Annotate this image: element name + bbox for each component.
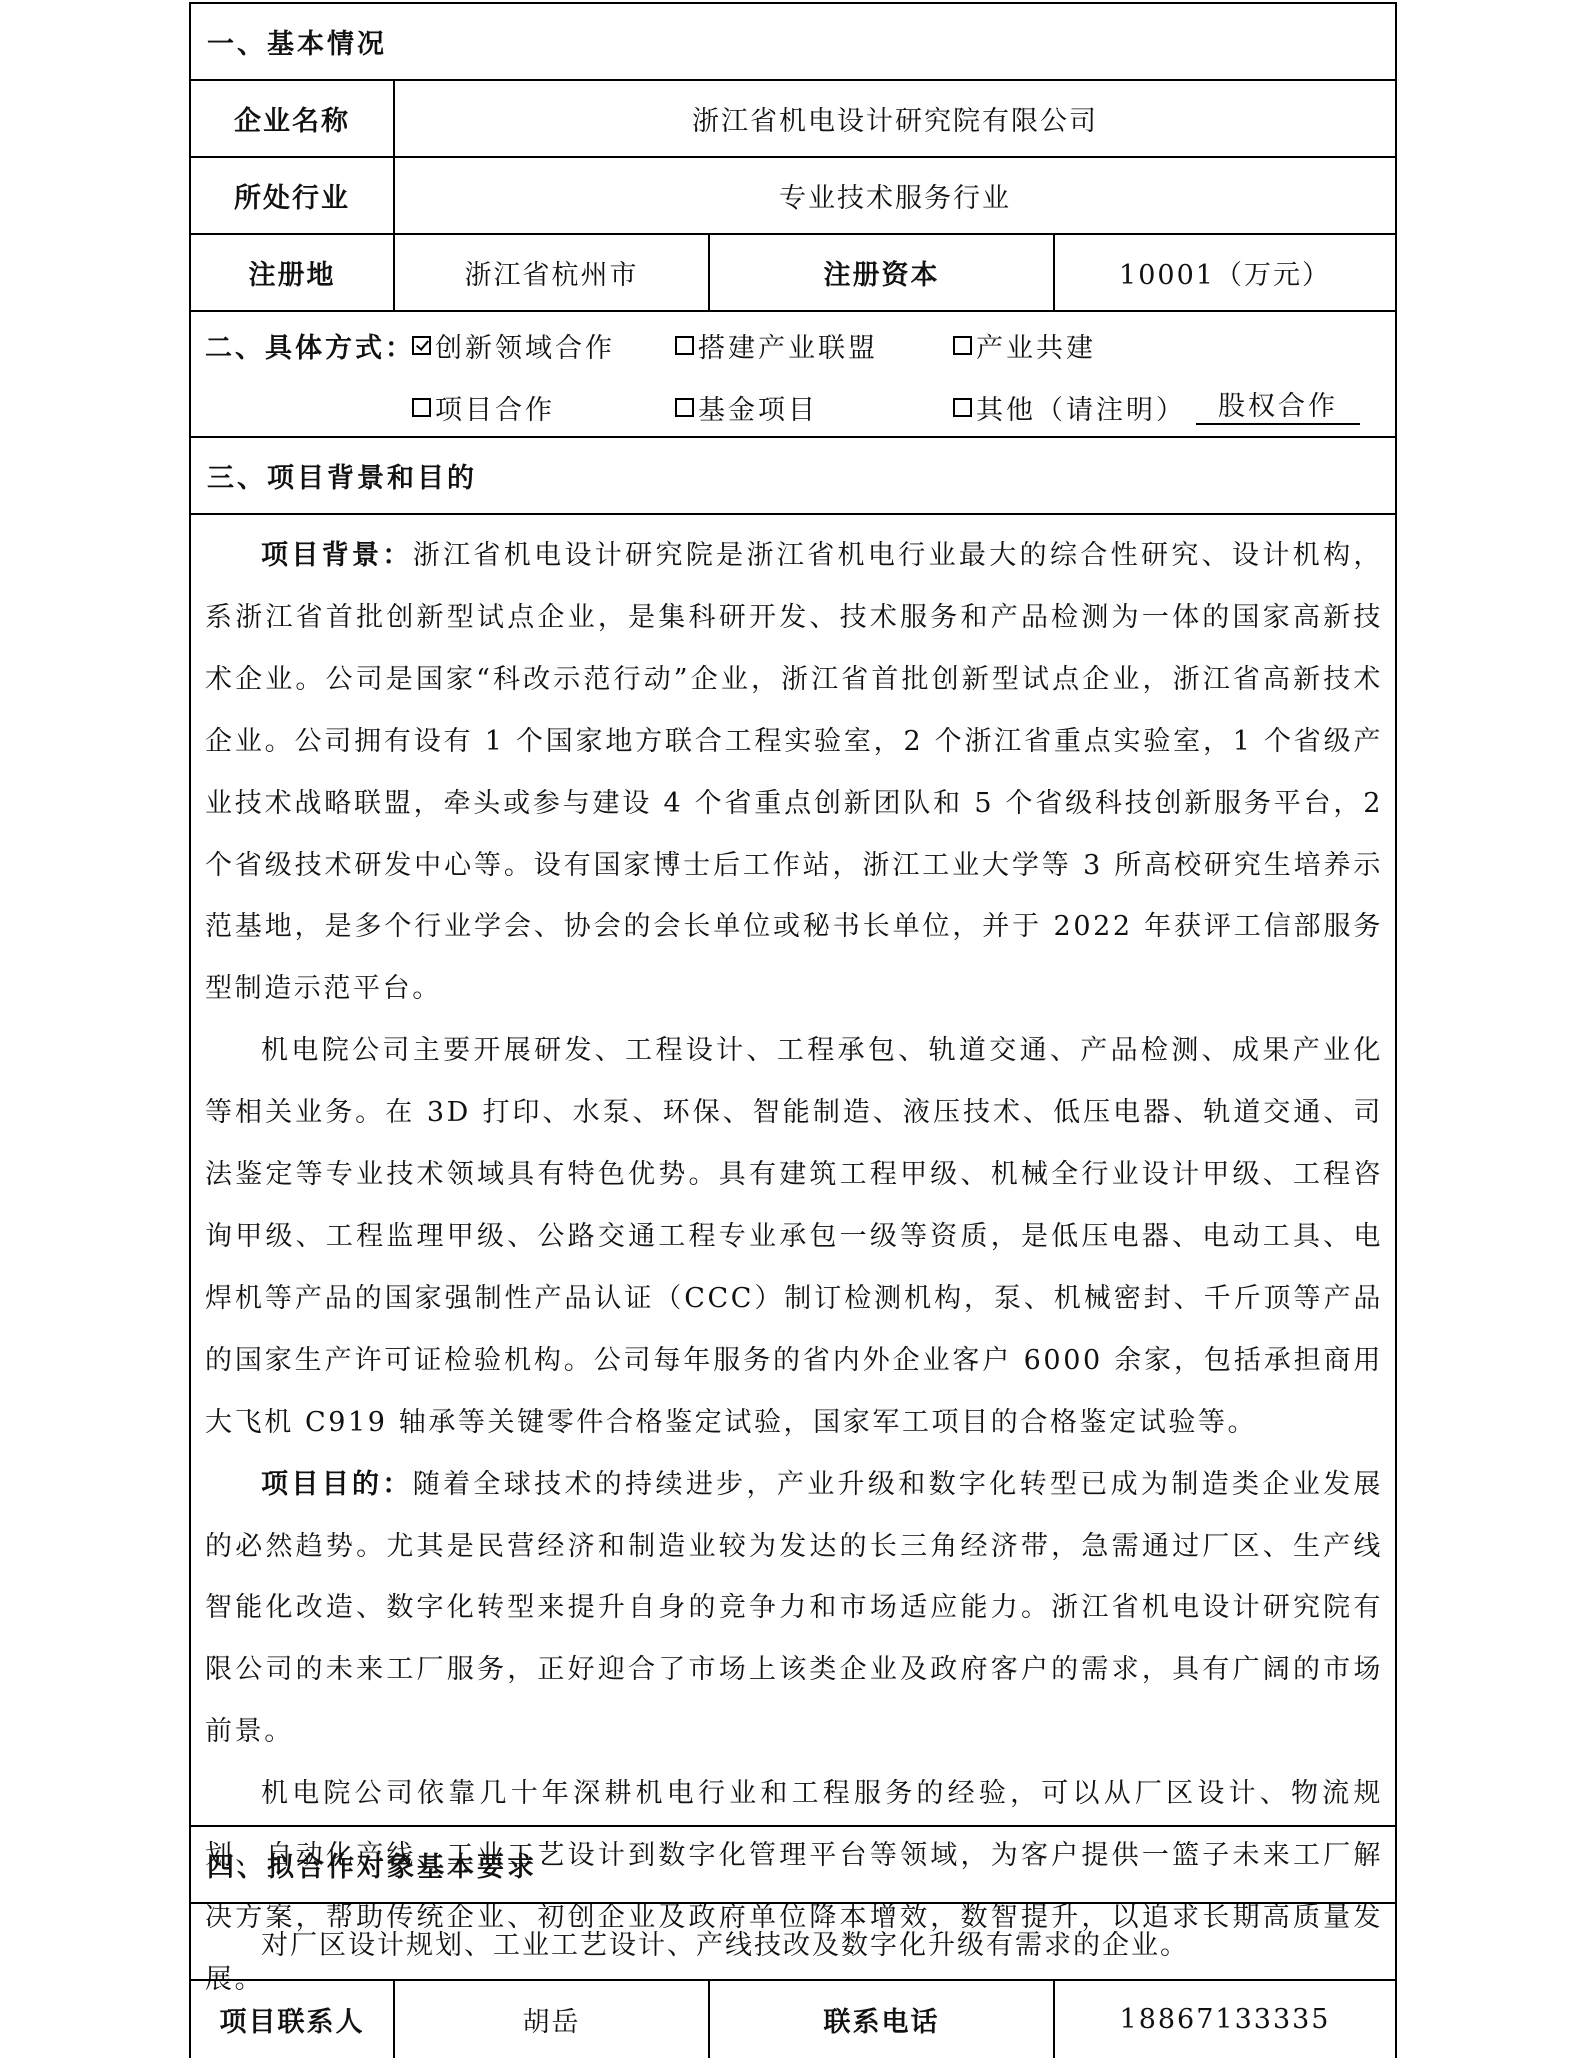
section-title: 三、项目背景和目的 [191,438,1395,513]
checkbox-icon[interactable] [953,398,972,417]
reg-capital-label: 注册资本 [708,235,1053,310]
paragraph-purpose: 项目目的：随着全球技术的持续进步，产业升级和数字化转型已成为制造类企业发展的必然… [205,1454,1383,1764]
requirements-row: 对厂区设计规划、工业工艺设计、产线技改及数字化升级有需求的企业。 [191,1904,1395,1981]
reg-place-label: 注册地 [191,235,393,310]
option-label: 产业共建 [976,326,1096,365]
paragraph-background: 项目背景：浙江省机电设计研究院是浙江省机电行业最大的综合性研究、设计机构，系浙江… [205,525,1383,1020]
project-info-table: 一、基本情况 企业名称 浙江省机电设计研究院有限公司 所处行业 专业技术服务行业… [189,2,1397,2058]
contact-name-value: 胡岳 [393,1981,708,2058]
option-industry-co-construction[interactable]: 产业共建 [953,326,1096,365]
reg-place-value: 浙江省杭州市 [393,235,708,310]
section-title: 四、拟合作对象基本要求 [191,1827,1395,1902]
industry-row: 所处行业 专业技术服务行业 [191,158,1395,235]
company-name-label: 企业名称 [191,81,393,156]
checkbox-icon[interactable] [953,336,972,355]
company-name-value: 浙江省机电设计研究院有限公司 [393,81,1395,156]
paragraph-text: 机电院公司主要开展研发、工程设计、工程承包、轨道交通、产品检测、成果产业化等相关… [205,1035,1383,1437]
phone-label: 联系电话 [708,1981,1053,2058]
section-basic-info-header: 一、基本情况 [191,4,1395,81]
paragraph-lead: 项目目的： [261,1469,413,1500]
section-requirements-header: 四、拟合作对象基本要求 [191,1827,1395,1904]
paragraph-business: 机电院公司主要开展研发、工程设计、工程承包、轨道交通、产品检测、成果产业化等相关… [205,1020,1383,1453]
requirement-text: 对厂区设计规划、工业工艺设计、产线技改及数字化升级有需求的企业。 [191,1904,1395,1981]
industry-label: 所处行业 [191,158,393,233]
checkbox-icon[interactable] [412,398,431,417]
industry-value: 专业技术服务行业 [393,158,1395,233]
option-fund-project[interactable]: 基金项目 [675,388,818,427]
paragraph-text: 浙江省机电设计研究院是浙江省机电行业最大的综合性研究、设计机构，系浙江省首批创新… [205,540,1383,1004]
checkbox-icon[interactable] [675,398,694,417]
reg-capital-value: 10001（万元） [1053,235,1395,310]
checkbox-icon[interactable] [675,336,694,355]
other-specified-value[interactable]: 股权合作 [1196,391,1360,425]
option-label: 搭建产业联盟 [698,326,878,365]
registration-row: 注册地 浙江省杭州市 注册资本 10001（万元） [191,235,1395,312]
company-name-row: 企业名称 浙江省机电设计研究院有限公司 [191,81,1395,158]
section-title: 一、基本情况 [191,4,1395,79]
section-title: 二、具体方式： [205,326,415,365]
section-background-header: 三、项目背景和目的 [191,438,1395,515]
option-label: 基金项目 [698,388,818,427]
contact-row: 项目联系人 胡岳 联系电话 18867133335 [191,1981,1395,2058]
option-label: 其他（请注明） [976,388,1186,427]
option-label: 项目合作 [435,388,555,427]
paragraph-text: 随着全球技术的持续进步，产业升级和数字化转型已成为制造类企业发展的必然趋势。尤其… [205,1469,1383,1748]
option-project-cooperation[interactable]: 项目合作 [412,388,555,427]
contact-label: 项目联系人 [191,1981,393,2058]
option-other[interactable]: 其他（请注明） 股权合作 [953,388,1360,427]
option-industry-alliance[interactable]: 搭建产业联盟 [675,326,878,365]
background-purpose-body: 项目背景：浙江省机电设计研究院是浙江省机电行业最大的综合性研究、设计机构，系浙江… [191,515,1395,1827]
cooperation-method-row: 二、具体方式： 创新领域合作 搭建产业联盟 产业共建 项目合作 基金项目 其他（… [191,312,1395,438]
option-innovation-cooperation[interactable]: 创新领域合作 [412,326,615,365]
paragraph-lead: 项目背景： [261,540,413,571]
checkbox-checked-icon[interactable] [412,336,431,355]
option-label: 创新领域合作 [435,326,615,365]
phone-value: 18867133335 [1053,1981,1395,2058]
